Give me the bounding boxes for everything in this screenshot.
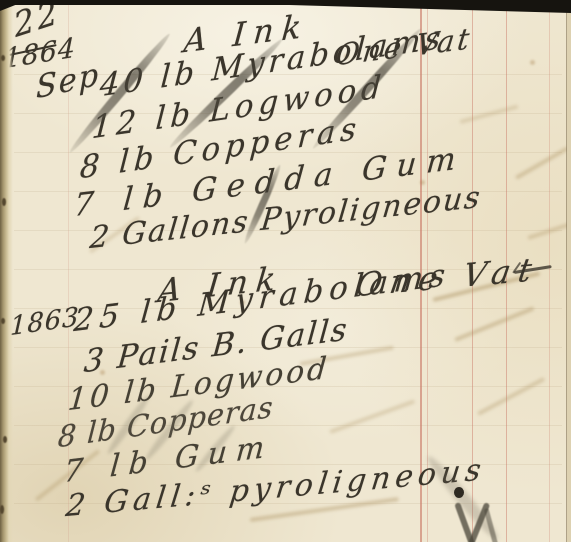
foxing-speck xyxy=(530,60,535,65)
next-page-edge xyxy=(567,0,571,542)
page-edge-speck xyxy=(3,436,7,443)
red-rule-4 xyxy=(549,0,550,542)
page-left-edge xyxy=(0,0,13,542)
ink-dot xyxy=(454,487,464,498)
page-edge-speck xyxy=(1,318,5,324)
ledger-page: 22 1864 Sep A Ink One Vat 40 lb Myrabola… xyxy=(0,0,571,542)
page-edge-speck xyxy=(0,505,4,514)
page-edge-speck xyxy=(1,55,5,61)
next-page-edge-line xyxy=(566,0,567,542)
page-edge-speck xyxy=(2,198,6,206)
